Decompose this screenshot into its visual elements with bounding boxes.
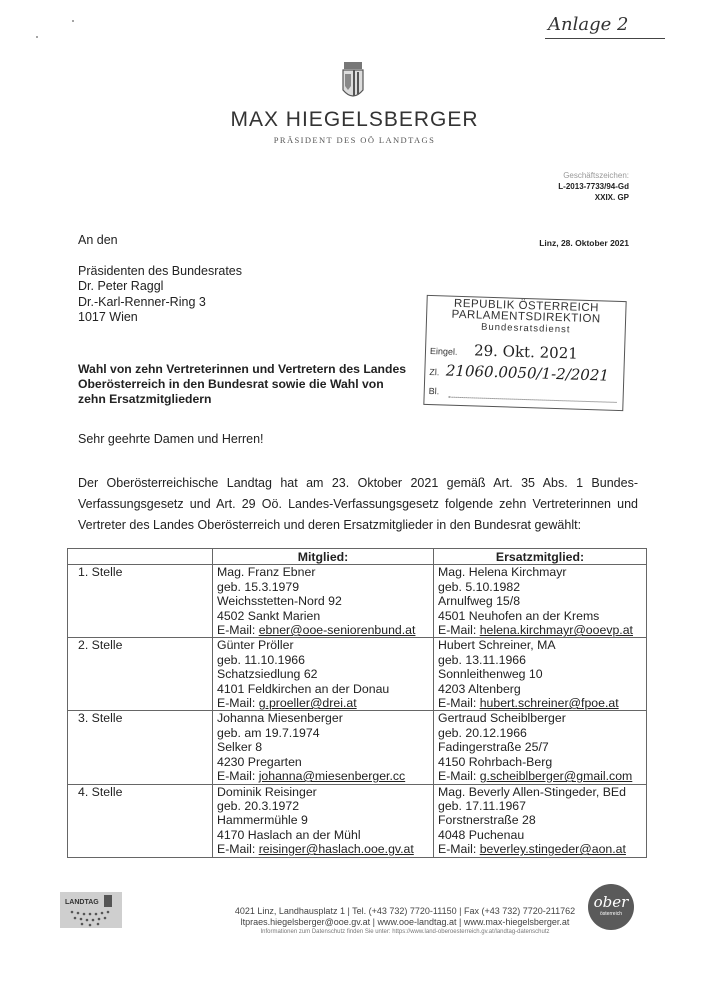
table-header	[68, 549, 213, 565]
member-cell: Johanna Miesenbergergeb. am 19.7.1974Sel…	[213, 711, 434, 784]
email-label: E-Mail:	[217, 623, 259, 637]
landtag-logo: LANDTAG	[60, 892, 122, 928]
member-name: Mag. Franz Ebner	[217, 565, 429, 579]
body-paragraph: Der Oberösterreichische Landtag hat am 2…	[78, 473, 638, 536]
footer-address: 4021 Linz, Landhausplatz 1 | Tel. (+43 7…	[180, 906, 630, 917]
substitute-street: Fadingerstraße 25/7	[438, 740, 642, 754]
member-city: 4170 Haslach an der Mühl	[217, 828, 429, 842]
substitute-email-link[interactable]: g.scheiblberger@gmail.com	[480, 769, 633, 783]
substitute-email-line: E-Mail: hubert.schreiner@fpoe.at	[438, 696, 642, 710]
table-row: 4. StelleDominik Reisingergeb. 20.3.1972…	[68, 784, 647, 857]
email-label: E-Mail:	[438, 769, 480, 783]
email-label: E-Mail:	[217, 842, 259, 856]
email-label: E-Mail:	[438, 696, 480, 710]
member-name: Dominik Reisinger	[217, 785, 429, 799]
email-label: E-Mail:	[438, 842, 480, 856]
member-email-link[interactable]: ebner@ooe-seniorenbund.at	[259, 623, 416, 637]
substitute-born: geb. 20.12.1966	[438, 726, 642, 740]
received-stamp: REPUBLIK ÖSTERREICH PARLAMENTSDIREKTION …	[423, 295, 626, 411]
scan-speck	[36, 36, 38, 38]
stamp-bl-label: Bl.	[429, 386, 440, 396]
reference-block: Geschäftszeichen: L-2013-7733/94-Gd XXIX…	[558, 170, 629, 203]
recipient-line: Dr.-Karl-Renner-Ring 3	[78, 295, 242, 311]
position-cell: 2. Stelle	[68, 638, 213, 711]
footer-privacy: Informationen zum Datenschutz finden Sie…	[180, 927, 630, 938]
member-born: geb. 15.3.1979	[217, 580, 429, 594]
reference-period: XXIX. GP	[558, 192, 629, 203]
brand-sub: österreich	[588, 910, 634, 918]
recipient-line: Präsidenten des Bundesrates	[78, 264, 242, 280]
member-name: Johanna Miesenberger	[217, 711, 429, 725]
recipient-line: 1017 Wien	[78, 310, 242, 326]
substitute-city: 4203 Altenberg	[438, 682, 642, 696]
substitute-street: Sonnleithenweg 10	[438, 667, 642, 681]
member-email-line: E-Mail: g.proeller@drei.at	[217, 696, 429, 710]
member-street: Hammermühle 9	[217, 813, 429, 827]
scan-speck	[72, 20, 74, 22]
table-header: Ersatzmitglied:	[434, 549, 647, 565]
member-cell: Mag. Franz Ebnergeb. 15.3.1979Weichsstet…	[213, 565, 434, 638]
coat-of-arms-icon	[340, 60, 366, 102]
member-email-line: E-Mail: reisinger@haslach.ooe.gv.at	[217, 842, 429, 856]
footer-contact: 4021 Linz, Landhausplatz 1 | Tel. (+43 7…	[180, 906, 630, 938]
substitute-city: 4150 Rohrbach-Berg	[438, 755, 642, 769]
substitute-born: geb. 13.11.1966	[438, 653, 642, 667]
position-cell: 1. Stelle	[68, 565, 213, 638]
substitute-cell: Mag. Beverly Allen-Stingeder, BEdgeb. 17…	[434, 784, 647, 857]
table-row: 3. StelleJohanna Miesenbergergeb. am 19.…	[68, 711, 647, 784]
substitute-name: Hubert Schreiner, MA	[438, 638, 642, 652]
letterhead-name: MAX HIEGELSBERGER	[0, 108, 709, 132]
email-label: E-Mail:	[217, 696, 259, 710]
svg-text:LANDTAG: LANDTAG	[65, 899, 99, 906]
table-header: Mitglied:	[213, 549, 434, 565]
members-table: Mitglied: Ersatzmitglied: 1. StelleMag. …	[67, 548, 647, 858]
member-born: geb. 11.10.1966	[217, 653, 429, 667]
member-street: Selker 8	[217, 740, 429, 754]
member-email-link[interactable]: reisinger@haslach.ooe.gv.at	[259, 842, 414, 856]
table-row: 2. StelleGünter Pröllergeb. 11.10.1966Sc…	[68, 638, 647, 711]
member-street: Schatzsiedlung 62	[217, 667, 429, 681]
member-street: Weichsstetten-Nord 92	[217, 594, 429, 608]
member-city: 4230 Pregarten	[217, 755, 429, 769]
substitute-born: geb. 5.10.1982	[438, 580, 642, 594]
substitute-cell: Mag. Helena Kirchmayrgeb. 5.10.1982Arnul…	[434, 565, 647, 638]
email-label: E-Mail:	[217, 769, 259, 783]
footer-web: ltpraes.hiegelsberger@ooe.gv.at | www.oo…	[180, 917, 630, 928]
stamp-zl-value: 21060.0050/1-2/2021	[446, 362, 610, 385]
stamp-received-label: Eingel.	[430, 346, 458, 357]
substitute-city: 4048 Puchenau	[438, 828, 642, 842]
substitute-email-line: E-Mail: helena.kirchmayr@ooevp.at	[438, 623, 642, 637]
landtag-logo-icon: LANDTAG	[60, 892, 122, 928]
member-cell: Günter Pröllergeb. 11.10.1966Schatzsiedl…	[213, 638, 434, 711]
substitute-email-line: E-Mail: beverley.stingeder@aon.at	[438, 842, 642, 856]
substitute-cell: Hubert Schreiner, MAgeb. 13.11.1966Sonnl…	[434, 638, 647, 711]
letterhead-title: PRÄSIDENT DES OÖ LANDTAGS	[0, 135, 709, 145]
stamp-dotted-line	[449, 397, 617, 403]
substitute-name: Mag. Helena Kirchmayr	[438, 565, 642, 579]
oberoesterreich-logo: ober österreich	[588, 884, 634, 930]
substitute-street: Arnulfweg 15/8	[438, 594, 642, 608]
member-name: Günter Pröller	[217, 638, 429, 652]
substitute-email-link[interactable]: beverley.stingeder@aon.at	[480, 842, 626, 856]
stamp-zl-label: Zl.	[429, 367, 439, 377]
substitute-cell: Gertraud Scheiblbergergeb. 20.12.1966Fad…	[434, 711, 647, 784]
member-email-link[interactable]: johanna@miesenberger.cc	[259, 769, 405, 783]
letter-subject: Wahl von zehn Vertreterinnen und Vertret…	[78, 362, 408, 407]
letter-date: Linz, 28. Oktober 2021	[539, 238, 629, 248]
substitute-name: Mag. Beverly Allen-Stingeder, BEd	[438, 785, 642, 799]
member-city: 4101 Feldkirchen an der Donau	[217, 682, 429, 696]
table-row: 1. StelleMag. Franz Ebnergeb. 15.3.1979W…	[68, 565, 647, 638]
substitute-street: Forstnerstraße 28	[438, 813, 642, 827]
position-cell: 4. Stelle	[68, 784, 213, 857]
member-email-line: E-Mail: johanna@miesenberger.cc	[217, 769, 429, 783]
recipient-line: An den	[78, 233, 242, 249]
substitute-email-link[interactable]: hubert.schreiner@fpoe.at	[480, 696, 619, 710]
reference-number: L-2013-7733/94-Gd	[558, 181, 629, 192]
substitute-email-link[interactable]: helena.kirchmayr@ooevp.at	[480, 623, 633, 637]
substitute-email-line: E-Mail: g.scheiblberger@gmail.com	[438, 769, 642, 783]
salutation: Sehr geehrte Damen und Herren!	[78, 432, 264, 446]
member-born: geb. 20.3.1972	[217, 799, 429, 813]
substitute-city: 4501 Neuhofen an der Krems	[438, 609, 642, 623]
member-cell: Dominik Reisingergeb. 20.3.1972Hammermüh…	[213, 784, 434, 857]
member-email-line: E-Mail: ebner@ooe-seniorenbund.at	[217, 623, 429, 637]
member-email-link[interactable]: g.proeller@drei.at	[259, 696, 357, 710]
recipient-address: An den Präsidenten des Bundesrates Dr. P…	[78, 233, 242, 326]
stamp-received-date: 29. Okt. 2021	[474, 341, 578, 362]
brand-word: ober	[588, 884, 634, 910]
handwritten-annotation: Anlage 2	[548, 14, 628, 35]
reference-label: Geschäftszeichen:	[558, 170, 629, 181]
annotation-underline	[545, 38, 665, 39]
substitute-born: geb. 17.11.1967	[438, 799, 642, 813]
substitute-name: Gertraud Scheiblberger	[438, 711, 642, 725]
member-city: 4502 Sankt Marien	[217, 609, 429, 623]
recipient-line: Dr. Peter Raggl	[78, 279, 242, 295]
member-born: geb. am 19.7.1974	[217, 726, 429, 740]
position-cell: 3. Stelle	[68, 711, 213, 784]
email-label: E-Mail:	[438, 623, 480, 637]
